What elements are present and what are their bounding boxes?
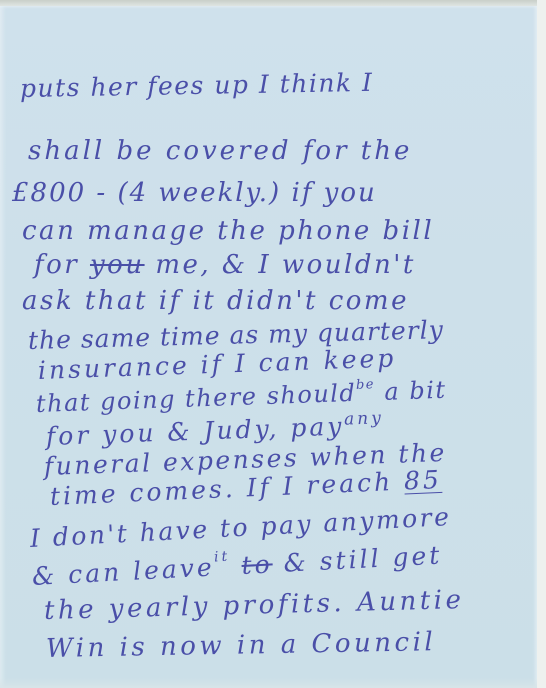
struck-word: you [90,250,145,280]
letter-line-3: £800 - (4 weekly.) if you [12,178,377,208]
letter-body: puts her fees up I think I shall be cove… [0,6,537,688]
letter-line-5: for you me, & I wouldn't [34,250,416,280]
letter-line-4: can manage the phone bill [22,216,434,246]
letter-text: & still get [272,541,443,579]
letter-text: a bit [375,376,447,406]
letter-paper: puts her fees up I think I shall be cove… [0,6,537,688]
letter-line-16: Win is now in a Council [46,627,437,664]
inserted-word: it [214,549,231,566]
struck-word: to [241,549,274,580]
letter-line-6: ask that if it didn't come [22,286,409,316]
scan-border-right [537,0,546,688]
letter-line-15: the yearly profits. Auntie [44,585,465,626]
underlined-age: 85 [403,465,442,496]
inserted-word: any [344,408,384,429]
inserted-word: be [356,377,376,393]
letter-line-2: shall be covered for the [28,136,412,166]
letter-line-1: puts her fees up I think I [20,68,374,103]
letter-text: me, & I wouldn't [145,250,416,280]
letter-text: & can leave [31,552,215,591]
letter-text: for [34,250,90,280]
